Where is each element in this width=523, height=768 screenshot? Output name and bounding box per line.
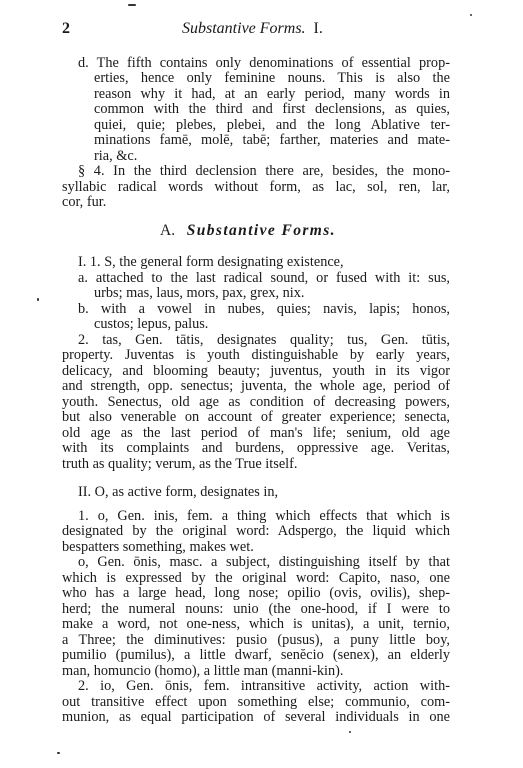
text-line: who has a large head, long nose; opilio …	[62, 585, 450, 601]
text-line: out transitive effect upon something els…	[62, 694, 450, 710]
text-line: urbs; mas, laus, mors, pax, grex, nix.	[94, 285, 304, 301]
text-line: minations famē, molē, tabē; farther, mat…	[94, 132, 450, 148]
text-line: truth as quality; verum, as the True its…	[62, 456, 297, 472]
scan-speck	[349, 731, 351, 733]
page-number: 2	[62, 20, 70, 38]
section-II-heading: II. O, as active form, designates in,	[78, 484, 278, 500]
section-heading: A. Substantive Forms.	[160, 222, 336, 240]
running-head: Substantive Forms. I.	[182, 20, 323, 38]
text-line: which is expressed by the original word:…	[62, 570, 450, 586]
text-line: make a word, not one-ness, which is unit…	[62, 616, 450, 632]
text-line: but also venerable on account of greater…	[62, 409, 450, 425]
text-line: a. attached to the last radical sound, o…	[78, 270, 450, 286]
text-line: a Three; the diminutives: pusio (pusus),…	[62, 632, 450, 648]
section-title: Substantive Forms.	[187, 222, 336, 239]
text-line: syllabic radical words without form, as …	[62, 179, 450, 195]
text-line: 1. o, Gen. inis, fem. a thing which effe…	[78, 508, 450, 524]
text-line: o, Gen. ōnis, masc. a subject, distingui…	[78, 554, 450, 570]
text-line: b. with a vowel in nubes, quies; navis, …	[78, 301, 450, 317]
running-head-part: I.	[314, 20, 323, 37]
text-line: old age as the last period of man's life…	[62, 425, 450, 441]
text-line: man, homuncio (homo), a little man (mann…	[62, 663, 344, 679]
text-line: pumilio (pumilus), a little dwarf, senĕc…	[62, 647, 450, 663]
text-line: d. The fifth contains only denominations…	[78, 55, 450, 71]
text-line: with its complaints and burdens, oppress…	[62, 440, 450, 456]
text-line: bespatters something, makes wet.	[62, 539, 254, 555]
text-line: designated by the original word: Adsperg…	[62, 523, 450, 539]
running-head-title: Substantive Forms.	[182, 20, 306, 37]
text-line: custos; lepus, palus.	[94, 316, 208, 332]
text-line: erties, hence only feminine nouns. This …	[94, 70, 450, 86]
text-line: and strength, opp. senectus; juventa, th…	[62, 378, 450, 394]
text-line: youth. Senectus, old age as condition of…	[62, 394, 450, 410]
scan-speck	[128, 4, 136, 6]
text-line: ria, &c.	[94, 148, 137, 164]
section-letter: A.	[160, 222, 175, 239]
text-line: cor, fur.	[62, 194, 106, 210]
scan-speck	[37, 298, 39, 301]
scan-speck	[57, 752, 60, 754]
text-line: § 4. In the third declension there are, …	[78, 163, 450, 179]
text-line: delicacy, and blooming beauty; juventus,…	[62, 363, 450, 379]
text-line: herd; the numeral nouns: unio (the one-h…	[62, 601, 450, 617]
text-line: I. 1. S, the general form designating ex…	[78, 254, 344, 270]
text-line: common with the third and first declensi…	[94, 101, 450, 117]
text-line: property. Juventas is youth distinguisha…	[62, 347, 450, 363]
text-line: 2. io, Gen. ōnis, fem. intransitive acti…	[78, 678, 450, 694]
text-line: quiei, quie; plebes, plebei, and the lon…	[94, 117, 450, 133]
text-line: reason why it had, at an early period, m…	[94, 86, 450, 102]
text-line: munion, as equal participation of severa…	[62, 709, 450, 725]
text-line: 2. tas, Gen. tātis, designates quality; …	[78, 332, 450, 348]
scan-speck	[470, 14, 472, 16]
